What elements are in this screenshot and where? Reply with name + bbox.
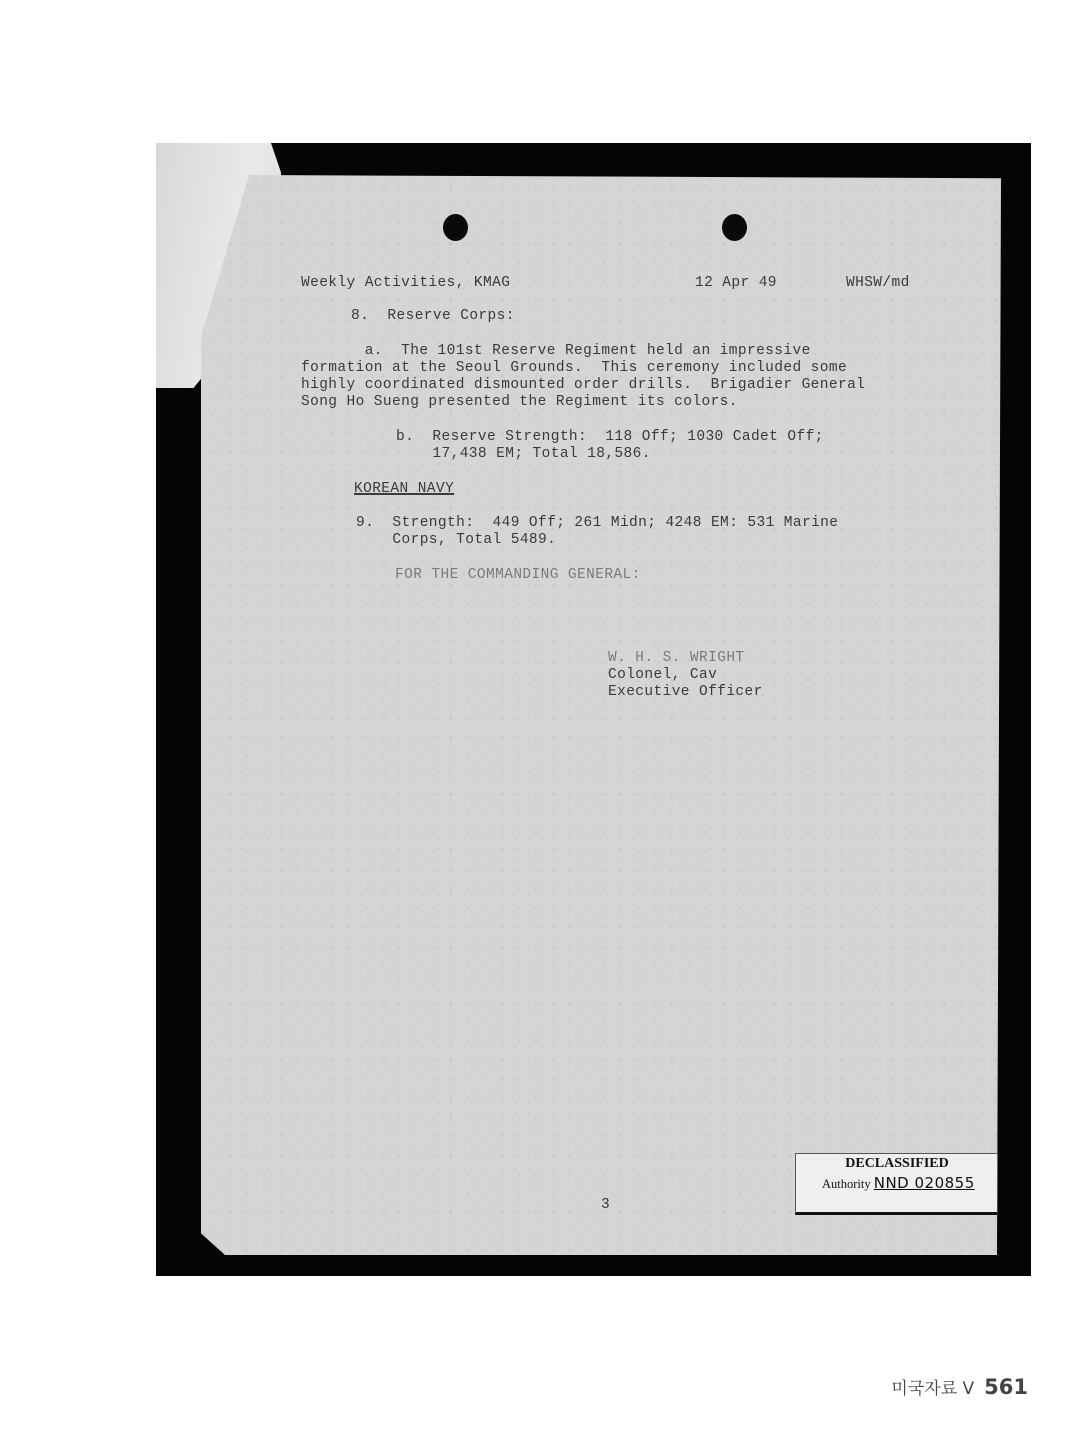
signature-rank: Colonel, Cav (608, 667, 717, 684)
archival-document-photo: Weekly Activities, KMAG 12 Apr 49 WHSW/m… (156, 143, 1031, 1276)
closing-line: FOR THE COMMANDING GENERAL: (395, 567, 641, 584)
book-series-label: 미국자료 V (891, 1374, 974, 1399)
section-8-para-a-line-3: highly coordinated dismounted order dril… (301, 377, 865, 394)
punch-hole (722, 214, 747, 241)
section-8-para-a-line-2: formation at the Seoul Grounds. This cer… (301, 360, 847, 377)
declassified-stamp: DECLASSIFIED Authority NND 020855 (795, 1153, 999, 1215)
section-8-heading: 8. Reserve Corps: (351, 308, 515, 325)
para-9-line-2: Corps, Total 5489. (356, 532, 556, 549)
korean-navy-heading: KOREAN NAVY (354, 481, 454, 498)
page-number: 3 (601, 1197, 610, 1214)
signature-title: Executive Officer (608, 684, 763, 701)
section-8-para-b-line-1: b. Reserve Strength: 118 Off; 1030 Cadet… (396, 429, 824, 446)
para-9-line-1: 9. Strength: 449 Off; 261 Midn; 4248 EM:… (356, 515, 838, 532)
section-8-para-a-line-4: Song Ho Sueng presented the Regiment its… (301, 394, 738, 411)
doc-header-title: Weekly Activities, KMAG (301, 275, 510, 292)
doc-header-ref: WHSW/md (846, 275, 910, 292)
book-page-number: 561 (984, 1375, 1028, 1399)
signature-name: W. H. S. WRIGHT (608, 650, 745, 667)
doc-header-date: 12 Apr 49 (695, 275, 777, 292)
document-page: Weekly Activities, KMAG 12 Apr 49 WHSW/m… (201, 175, 1001, 1255)
stamp-authority-value: NND 020855 (874, 1174, 975, 1192)
stamp-authority: Authority NND 020855 (822, 1174, 975, 1192)
stamp-authority-label: Authority (822, 1177, 871, 1191)
stamp-title: DECLASSIFIED (796, 1156, 998, 1172)
section-8-para-a-line-1: a. The 101st Reserve Regiment held an im… (301, 343, 811, 360)
book-footer: 미국자료 V 561 (891, 1374, 1028, 1399)
punch-hole (443, 214, 468, 241)
section-8-para-b-line-2: 17,438 EM; Total 18,586. (396, 446, 651, 463)
